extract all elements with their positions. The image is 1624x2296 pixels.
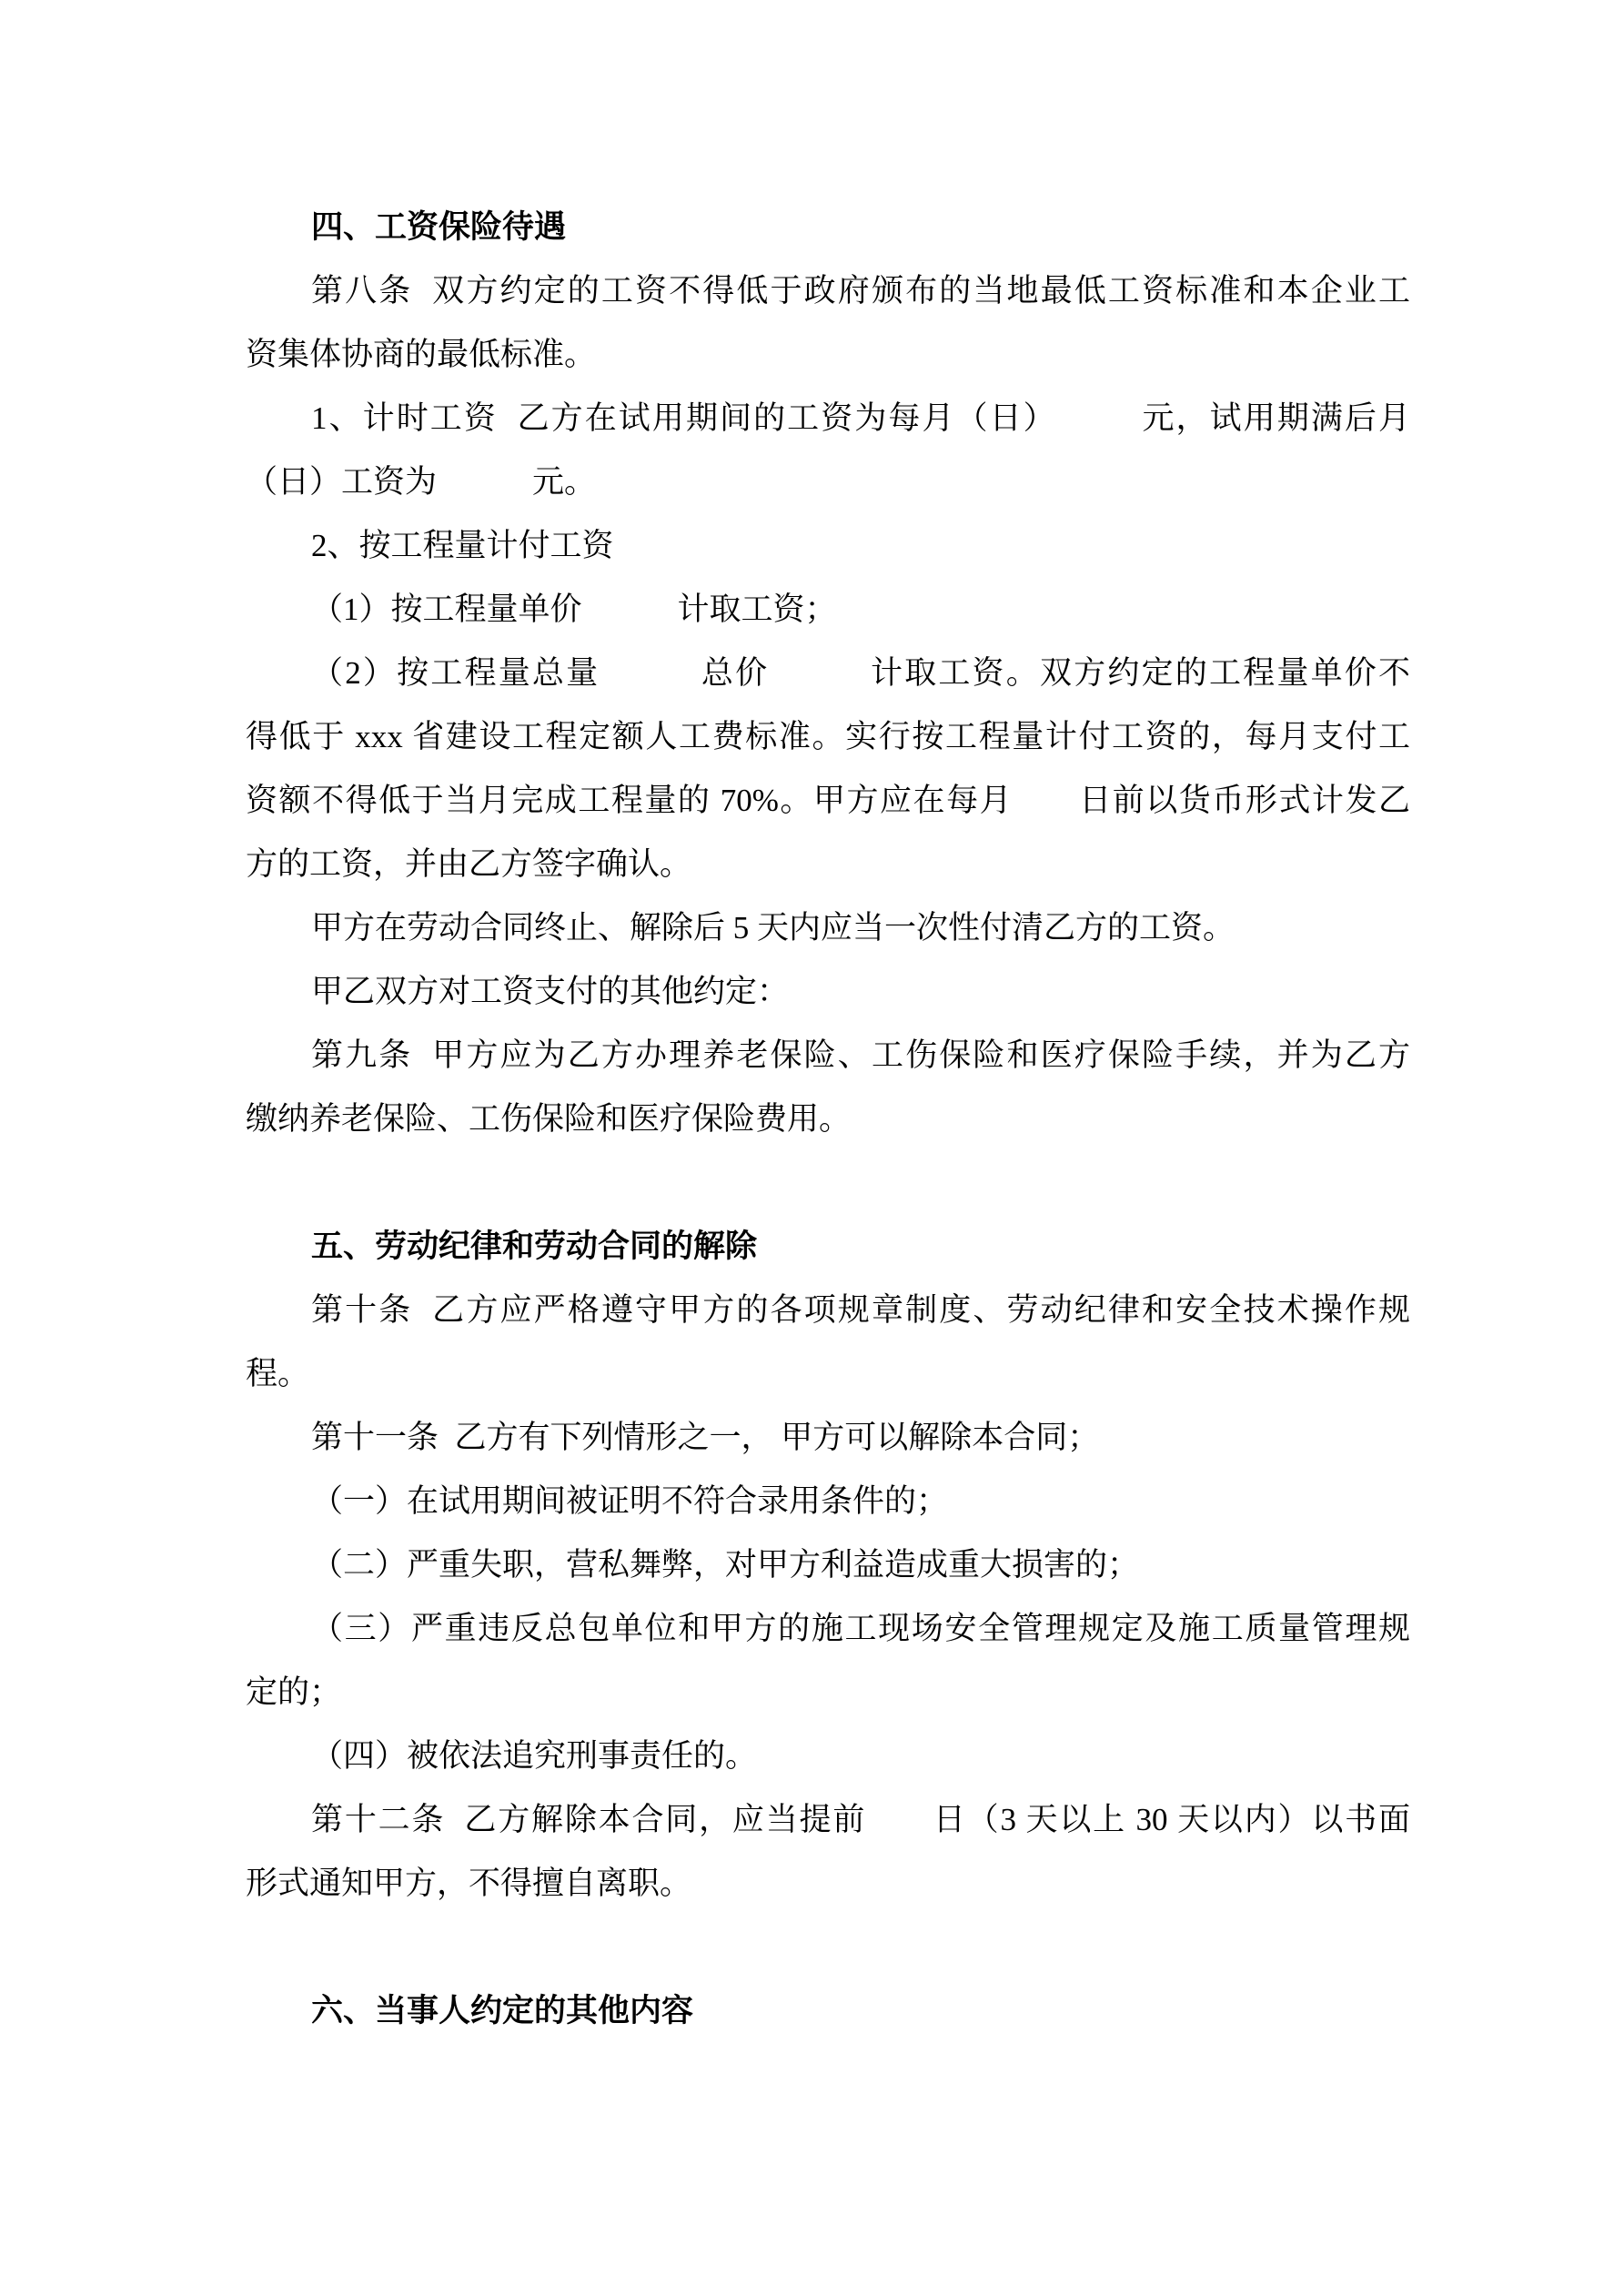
- paragraph: 1、计时工资 乙方在试用期间的工资为每月（日） 元，试用期满后月 （日）工资为 …: [246, 387, 1410, 514]
- doc-line: 得低于 xxx 省建设工程定额人工费标准。实行按工程量计付工资的，每月支付工: [246, 705, 1410, 769]
- doc-line: 第八条 双方约定的工资不得低于政府颁布的当地最低工资标准和本企业工: [246, 259, 1410, 323]
- section-wage-insurance: 四、工资保险待遇 第八条 双方约定的工资不得低于政府颁布的当地最低工资标准和本企…: [246, 196, 1410, 1151]
- paragraph: （一）在试用期间被证明不符合录用条件的；: [246, 1470, 1410, 1533]
- doc-line: （1）按工程量单价 计取工资；: [246, 578, 1410, 642]
- doc-line: 方的工资，并由乙方签字确认。: [246, 833, 1410, 896]
- section-heading: 六、当事人约定的其他内容: [246, 1979, 1410, 2043]
- doc-line: 定的；: [246, 1661, 1410, 1725]
- paragraph: 甲乙双方对工资支付的其他约定：: [246, 960, 1410, 1024]
- doc-line: 1、计时工资 乙方在试用期间的工资为每月（日） 元，试用期满后月: [246, 387, 1410, 450]
- doc-line: 资额不得低于当月完成工程量的 70%。甲方应在每月 日前以货币形式计发乙: [246, 769, 1410, 833]
- section-heading: 四、工资保险待遇: [246, 196, 1410, 259]
- paragraph: 甲方在劳动合同终止、解除后 5 天内应当一次性付清乙方的工资。: [246, 896, 1410, 960]
- doc-line: 形式通知甲方，不得擅自离职。: [246, 1852, 1410, 1916]
- doc-line: （一）在试用期间被证明不符合录用条件的；: [246, 1470, 1410, 1533]
- doc-line: 程。: [246, 1342, 1410, 1406]
- doc-line: （三）严重违反总包单位和甲方的施工现场安全管理规定及施工质量管理规: [246, 1597, 1410, 1661]
- doc-line: 资集体协商的最低标准。: [246, 323, 1410, 387]
- doc-line: 甲乙双方对工资支付的其他约定：: [246, 960, 1410, 1024]
- paragraph: 第十二条 乙方解除本合同，应当提前 日（3 天以上 30 天以内）以书面 形式通…: [246, 1788, 1410, 1916]
- section-discipline-termination: 五、劳动纪律和劳动合同的解除 第十条 乙方应严格遵守甲方的各项规章制度、劳动纪律…: [246, 1215, 1410, 1916]
- contract-document-page: 四、工资保险待遇 第八条 双方约定的工资不得低于政府颁布的当地最低工资标准和本企…: [0, 0, 1624, 2296]
- doc-line: 2、按工程量计付工资: [246, 514, 1410, 578]
- doc-line: 甲方在劳动合同终止、解除后 5 天内应当一次性付清乙方的工资。: [246, 896, 1410, 960]
- doc-line: （四）被依法追究刑事责任的。: [246, 1725, 1410, 1788]
- doc-line: （2）按工程量总量 总价 计取工资。双方约定的工程量单价不: [246, 642, 1410, 705]
- doc-line: 第十二条 乙方解除本合同，应当提前 日（3 天以上 30 天以内）以书面: [246, 1788, 1410, 1852]
- paragraph: （2）按工程量总量 总价 计取工资。双方约定的工程量单价不 得低于 xxx 省建…: [246, 642, 1410, 896]
- paragraph: （1）按工程量单价 计取工资；: [246, 578, 1410, 642]
- paragraph: 第十一条 乙方有下列情形之一， 甲方可以解除本合同；: [246, 1406, 1410, 1470]
- paragraph: 2、按工程量计付工资: [246, 514, 1410, 578]
- paragraph: 第九条 甲方应为乙方办理养老保险、工伤保险和医疗保险手续，并为乙方 缴纳养老保险…: [246, 1024, 1410, 1151]
- doc-line: （二）严重失职，营私舞弊，对甲方利益造成重大损害的；: [246, 1533, 1410, 1597]
- paragraph: （四）被依法追究刑事责任的。: [246, 1725, 1410, 1788]
- section-heading: 五、劳动纪律和劳动合同的解除: [246, 1215, 1410, 1279]
- paragraph: （二）严重失职，营私舞弊，对甲方利益造成重大损害的；: [246, 1533, 1410, 1597]
- doc-line: 缴纳养老保险、工伤保险和医疗保险费用。: [246, 1087, 1410, 1151]
- doc-line: （日）工资为 元。: [246, 450, 1410, 514]
- doc-line: 第九条 甲方应为乙方办理养老保险、工伤保险和医疗保险手续，并为乙方: [246, 1024, 1410, 1087]
- paragraph: 第十条 乙方应严格遵守甲方的各项规章制度、劳动纪律和安全技术操作规 程。: [246, 1279, 1410, 1406]
- section-other-agreements: 六、当事人约定的其他内容: [246, 1979, 1410, 2043]
- doc-line: 第十条 乙方应严格遵守甲方的各项规章制度、劳动纪律和安全技术操作规: [246, 1279, 1410, 1342]
- paragraph: （三）严重违反总包单位和甲方的施工现场安全管理规定及施工质量管理规 定的；: [246, 1597, 1410, 1725]
- doc-line: 第十一条 乙方有下列情形之一， 甲方可以解除本合同；: [246, 1406, 1410, 1470]
- paragraph: 第八条 双方约定的工资不得低于政府颁布的当地最低工资标准和本企业工 资集体协商的…: [246, 259, 1410, 387]
